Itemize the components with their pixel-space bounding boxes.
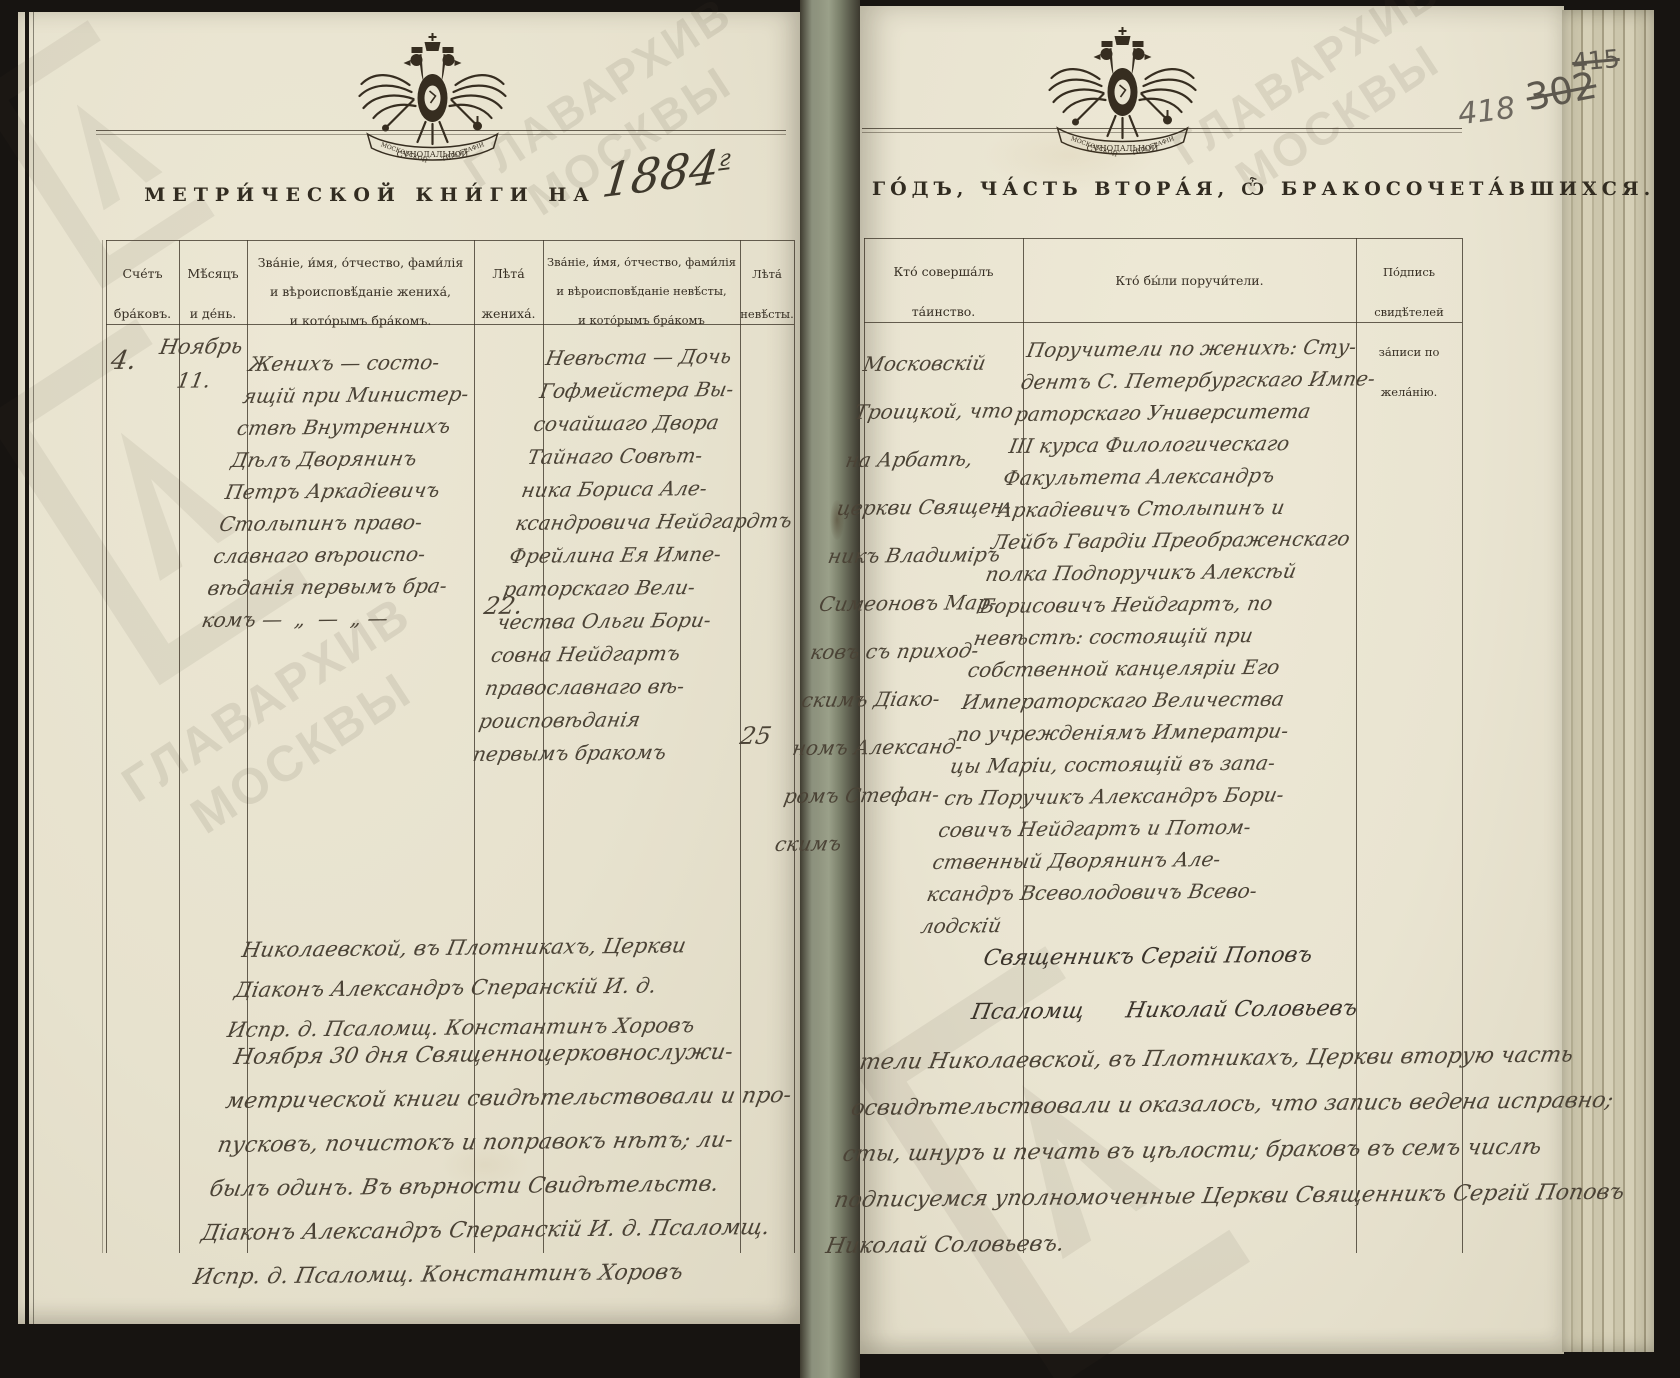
right-page-title: ГО́ДЪ, ЧА́СТЬ ВТОРА́Я, Ѽ БРАКОСОЧЕТА́ВШИ… [872,178,1448,201]
scanned-metric-book-spread: СѴНОДАЛЬНОЙ МОСКОВСКОЙ ТИПОГРАФІИ СѴНОДА… [0,0,1680,1378]
header-bride-age: Лѣта́ невѣ́сты. [740,254,794,334]
attestation-left: Ноября 30 дня Священноцерковнослужи- мет… [189,1030,805,1300]
table-line [864,238,1462,239]
spine-line [33,12,34,1324]
header-groom-age: Лѣта́ жениха́. [474,254,543,334]
priest-signature: Священникъ Сергій Поповъ [981,943,1314,971]
psalmist-signature: Псаломщ Николай Соловьевъ [969,996,1359,1025]
page-number-418: 418 [1456,91,1517,133]
bride-age-value: 25 [738,722,774,750]
frame-line [96,134,786,135]
frame-line [862,128,1462,129]
table-line [106,240,107,1253]
imperial-eagle-emblem-right: СѴНОДАЛЬНОЙ МОСКОВСКОЙ ТИПОГРАФІИ [1035,24,1210,174]
header-officiant: Кто́ соверша́лъ та́инство. [864,252,1023,332]
header-guarantors: Кто́ бы́ли поручи́тели. [1023,272,1356,290]
frame-line [96,130,786,131]
frame-line [862,132,1462,133]
spine-line [25,12,29,1324]
table-line [102,240,103,1253]
record-number: 4. [108,346,138,376]
header-month-day: Мѣ́сяцъ и де́нь. [179,254,247,334]
header-bride: Зва́ніе, и́мя, о́тчество, фами́лія и вѣр… [543,248,740,335]
header-marriage-count: Сче́тъ бра́ковъ. [106,254,179,334]
record-date: Ноябрь 11. [150,329,243,398]
left-page-title: МЕТРИ́ЧЕСКОЙ КНИ́ГИ НА [140,184,600,206]
attestation-right: тели Николаевской, въ Плотникахъ, Церкви… [822,1032,1654,1270]
header-groom: Зва́ніе, и́мя, о́тчество, фами́лія и вѣр… [247,248,474,335]
table-line [106,240,794,241]
imperial-eagle-emblem-left: СѴНОДАЛЬНОЙ МОСКОВСКОЙ ТИПОГРАФІИ [345,30,520,180]
